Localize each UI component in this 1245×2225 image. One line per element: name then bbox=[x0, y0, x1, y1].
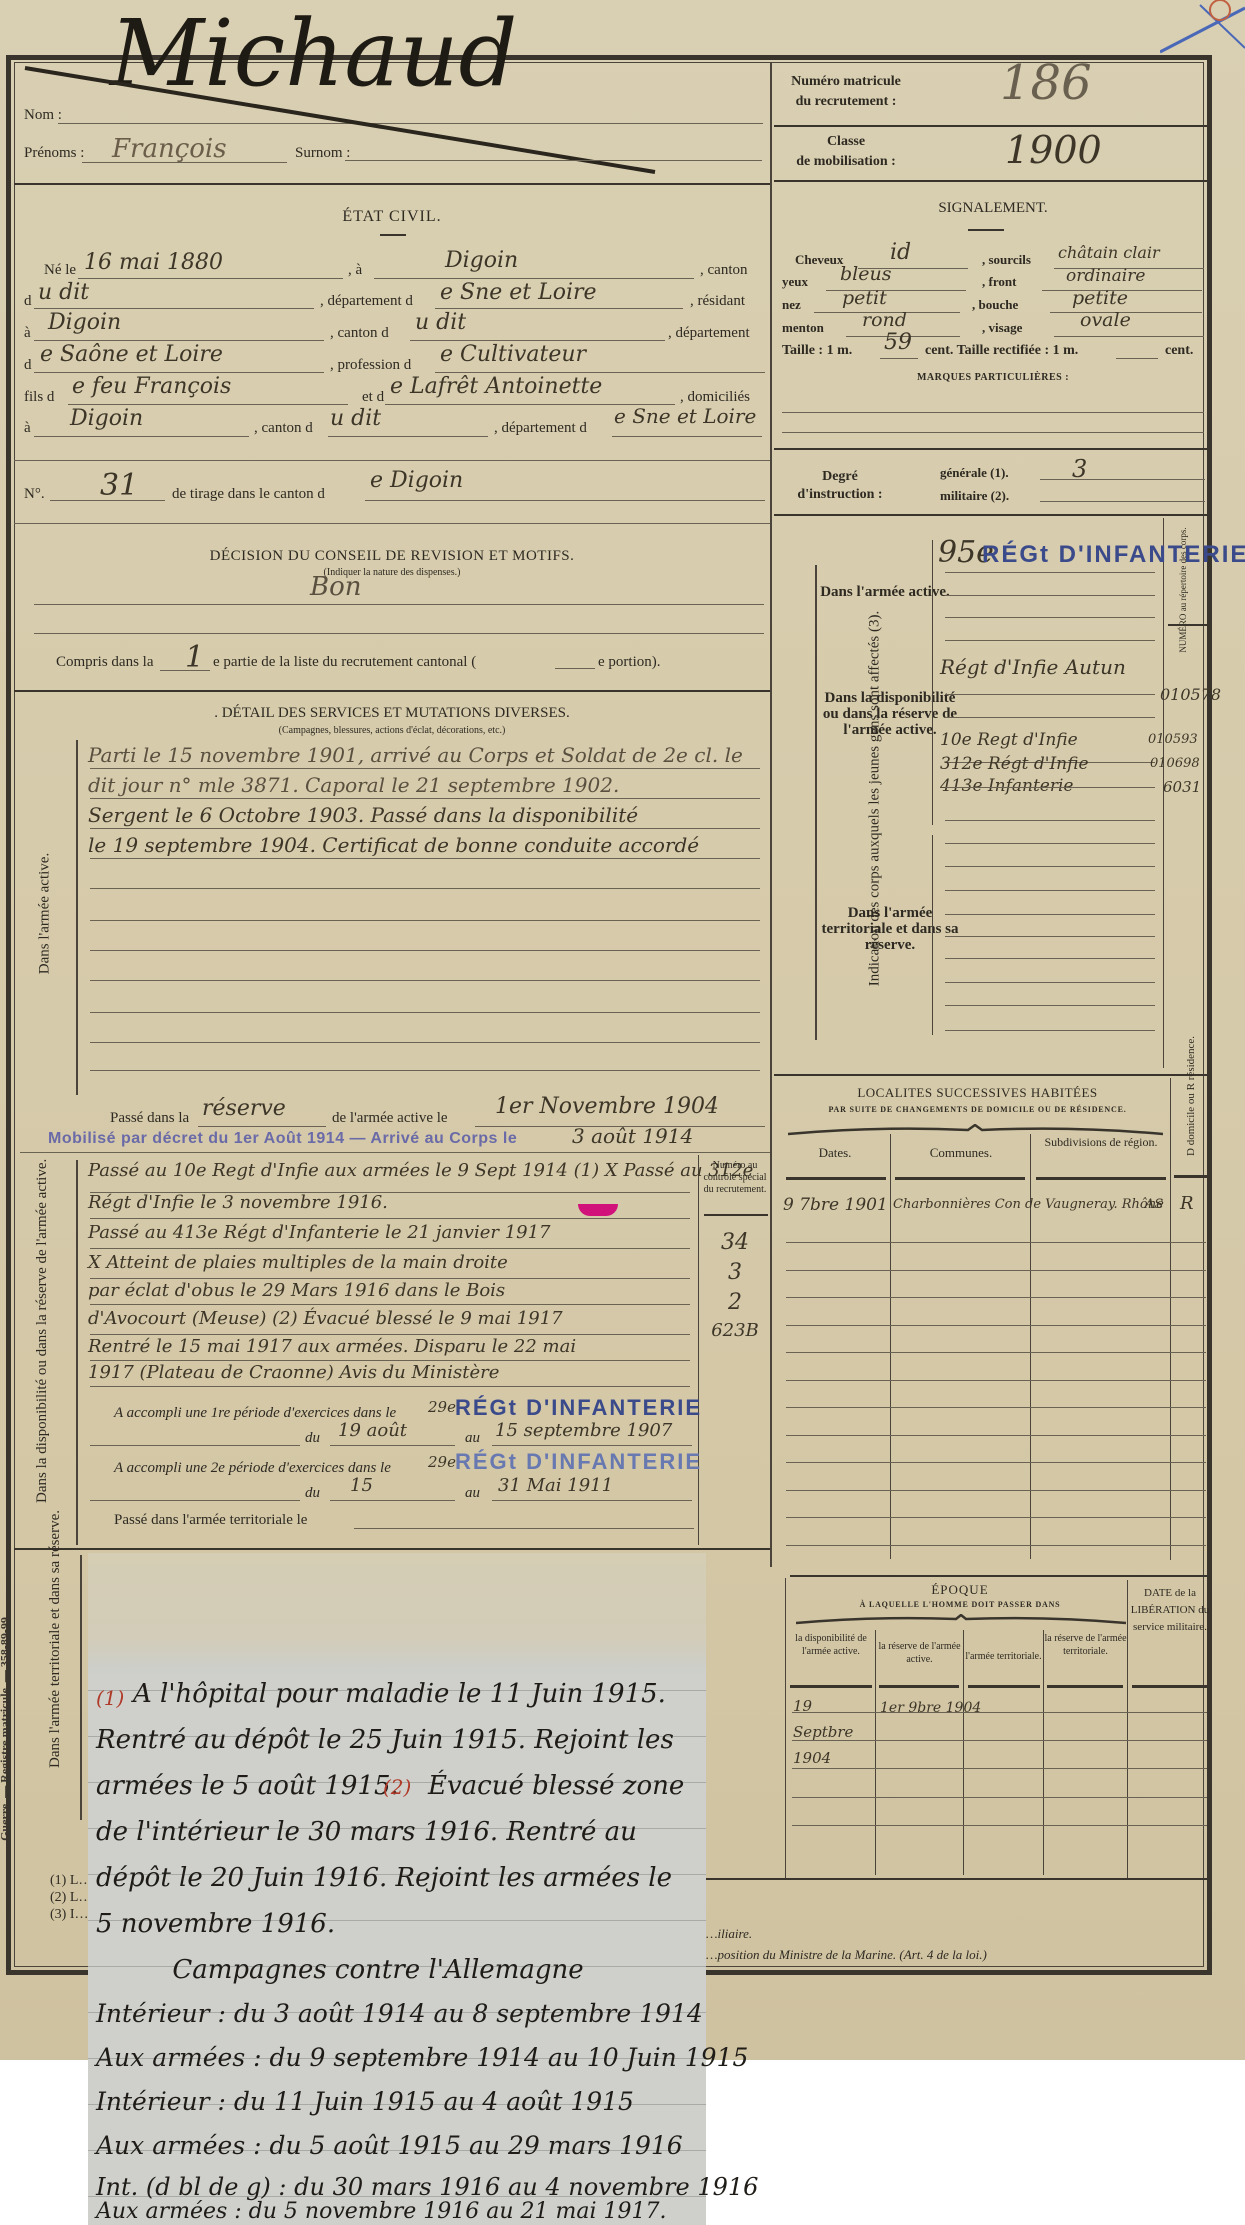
dispo-corps-2: 10e Regt d'Infie bbox=[940, 730, 1078, 750]
periode1-du-label: du bbox=[305, 1430, 320, 1447]
nez-value: petit bbox=[842, 287, 887, 309]
bracket-territoriale bbox=[80, 1555, 82, 1820]
service-line-1: Parti le 15 novembre 1901, arrivé au Cor… bbox=[88, 743, 743, 767]
service-line-4: le 19 septembre 1904. Certificat de bonn… bbox=[88, 833, 699, 857]
canton-value: u dit bbox=[38, 280, 89, 305]
tirage-no-value: 31 bbox=[100, 468, 138, 503]
dispo-numero-4: 6031 bbox=[1163, 778, 1201, 796]
d-label: d bbox=[24, 293, 32, 310]
dom-value: Digoin bbox=[70, 406, 143, 431]
reserve-line-4: X Atteint de plaies multiples de la main… bbox=[88, 1252, 508, 1273]
periode1-du: 19 août bbox=[338, 1420, 407, 1441]
front-label: , front bbox=[982, 274, 1016, 290]
blue-cross-mark-icon bbox=[1160, 0, 1245, 55]
visage-value: ovale bbox=[1080, 309, 1131, 331]
controle-value-3: 2 bbox=[700, 1290, 770, 1315]
visage-label: , visage bbox=[982, 320, 1022, 336]
dom-departement-value: e Sne et Loire bbox=[614, 404, 756, 428]
bracket-active bbox=[76, 740, 78, 1095]
departement2-label: , département bbox=[668, 325, 750, 342]
conseil-subtitle: (Indiquer la nature des dispenses.) bbox=[14, 567, 770, 578]
numero-matricule-label: Numéro matricule du recrutement : bbox=[776, 72, 916, 112]
dispo-corps-3: 312e Régt d'Infie bbox=[940, 754, 1089, 774]
conseil-title: DÉCISION DU CONSEIL DE REVISION ET MOTIF… bbox=[14, 548, 770, 565]
dom-a-label: à bbox=[24, 420, 31, 437]
pere-value: e feu François bbox=[72, 374, 231, 399]
services-title: . DÉTAIL DES SERVICES ET MUTATIONS DIVER… bbox=[14, 705, 770, 722]
militaire-label: militaire (2). bbox=[940, 488, 1009, 504]
localite-commune-1: Charbonnières Con de Vaugneray. Rhône bbox=[893, 1197, 1164, 1212]
corps-active-label: Dans l'armée active. bbox=[820, 583, 950, 601]
periode1-au-label: au bbox=[465, 1430, 480, 1447]
compris-suffix: e partie de la liste du recrutement cant… bbox=[213, 654, 476, 671]
services-active-side-label: Dans l'armée active. bbox=[37, 814, 54, 1014]
epoque-brace-icon bbox=[796, 1614, 1126, 1626]
profession-value: e Cultivateur bbox=[440, 342, 586, 367]
dispo-corps-1: Régt d'Infie Autun bbox=[940, 655, 1126, 679]
sticker-line-3: armées le 5 août 1915. bbox=[96, 1771, 399, 1801]
tirage-label: de tirage dans le canton d bbox=[172, 486, 325, 503]
decision-value: Bon bbox=[310, 572, 362, 602]
controle-value-2: 3 bbox=[700, 1260, 770, 1285]
sticker-line-6: dépôt le 20 Juin 1916. Rejoint les armée… bbox=[96, 1863, 672, 1893]
yeux-value: bleus bbox=[840, 263, 891, 285]
reserve-line-1: Passé au 10e Regt d'Infie aux armées le … bbox=[88, 1160, 753, 1181]
controle-value-1: 34 bbox=[700, 1230, 770, 1255]
footnote-3: (3) I… bbox=[50, 1907, 89, 1922]
signalement-title: SIGNALEMENT. bbox=[774, 200, 1212, 217]
reserve-line-8: 1917 (Plateau de Craonne) Avis du Minist… bbox=[88, 1362, 499, 1383]
compris-label: Compris dans la bbox=[56, 654, 154, 671]
surnom-label: Surnom : bbox=[295, 145, 350, 162]
numero-matricule-value: 186 bbox=[1000, 55, 1092, 111]
sourcils-label: , sourcils bbox=[982, 252, 1031, 268]
periode2-du-label: du bbox=[305, 1485, 320, 1502]
classe-label-line1: Classe bbox=[827, 134, 865, 149]
bracket-territoriale-corps bbox=[932, 835, 933, 1035]
degre-label-line2: d'instruction : bbox=[797, 487, 882, 502]
col-dates: Dates. bbox=[780, 1145, 890, 1161]
mobilisation-stamp: Mobilisé par décret du 1er Août 1914 — A… bbox=[48, 1130, 517, 1148]
periode2-corps: 29e bbox=[428, 1453, 456, 1471]
residant-a-label: à bbox=[24, 325, 31, 342]
canton2-label: , canton d bbox=[330, 325, 389, 342]
reserve-line-6: d'Avocourt (Meuse) (2) Évacué blessé le … bbox=[88, 1308, 563, 1329]
localites-title: LOCALITES SUCCESSIVES HABITÉES bbox=[780, 1085, 1175, 1101]
numero-label-line2: du recrutement : bbox=[796, 94, 897, 109]
sticker-line-4: Évacué blessé zone bbox=[428, 1771, 684, 1801]
sticker-footnote-2: (2) bbox=[383, 1775, 411, 1799]
tirage-no-label: N°. bbox=[24, 486, 45, 503]
active-corps-stamp: RÉGt D'INFANTERIE bbox=[982, 541, 1245, 569]
controle-header: Numéro au contrôle spécial du recrutemen… bbox=[700, 1160, 770, 1196]
campaign-6: Aux armées : du 5 novembre 1916 au 21 ma… bbox=[96, 2199, 667, 2224]
bouche-label: , bouche bbox=[972, 297, 1018, 313]
numero-repertoire-header: NUMÉRO au répertoire des corps. bbox=[1178, 525, 1188, 655]
classe-value: 1900 bbox=[1005, 128, 1102, 172]
epoque-value-reserve: 1er 9bre 1904 bbox=[880, 1700, 981, 1716]
taille-rectifiee-label: cent. Taille rectifiée : 1 m. bbox=[925, 343, 1078, 359]
campaign-3: Intérieur : du 11 Juin 1915 au 4 août 19… bbox=[96, 2087, 634, 2116]
taille-label: Taille : 1 m. bbox=[782, 343, 852, 359]
epoque-col-territoriale: l'armée territoriale. bbox=[964, 1650, 1043, 1663]
passe-reserve-label: Passé dans la bbox=[110, 1110, 189, 1127]
marques-label: MARQUES PARTICULIÈRES : bbox=[774, 372, 1212, 383]
reserve-line-2: Régt d'Infie le 3 novembre 1916. bbox=[88, 1192, 388, 1213]
profession-label: , profession d bbox=[330, 357, 411, 374]
campaigns-title: Campagnes contre l'Allemagne bbox=[158, 1955, 598, 1985]
dispo-numero-3: 010698 bbox=[1150, 756, 1200, 771]
periode2-au: 31 Mai 1911 bbox=[498, 1475, 613, 1496]
front-value: ordinaire bbox=[1066, 266, 1145, 286]
compris-value: 1 bbox=[185, 640, 204, 675]
pink-marker-icon bbox=[578, 1204, 618, 1216]
degre-label-line1: Degré bbox=[822, 469, 858, 484]
col-subdivisions: Subdivisions de région. bbox=[1034, 1135, 1168, 1150]
yeux-label: yeux bbox=[782, 274, 808, 290]
cent-label: cent. bbox=[1165, 343, 1193, 359]
epoque-left-border bbox=[785, 1578, 786, 1878]
epoque-col-reserve-territoriale: la réserve de l'armée territoriale. bbox=[1044, 1632, 1127, 1658]
periode1-corps: 29e bbox=[428, 1398, 456, 1416]
sourcils-value: châtain clair bbox=[1058, 243, 1160, 262]
controle-column-divider bbox=[698, 1155, 699, 1545]
classe-label: Classe de mobilisation : bbox=[776, 132, 916, 172]
sticker-content: (1) A l'hôpital pour maladie le 11 Juin … bbox=[88, 1553, 706, 2225]
bouche-value: petite bbox=[1072, 287, 1128, 309]
menton-value: rond bbox=[862, 309, 907, 331]
mobilisation-date: 3 août 1914 bbox=[572, 1124, 693, 1148]
residant-value: Digoin bbox=[48, 310, 121, 335]
dispo-numero-2: 010593 bbox=[1148, 732, 1198, 747]
epoque-subtitle: À LAQUELLE L'HOMME DOIT PASSER DANS bbox=[790, 1600, 1130, 1609]
sticker-footnote-1: (1) bbox=[96, 1686, 124, 1710]
classe-label-line2: de mobilisation : bbox=[796, 154, 896, 169]
bracket-reserve bbox=[76, 1160, 78, 1545]
fils-label: fils d bbox=[24, 389, 54, 406]
prenoms-value: François bbox=[112, 134, 227, 164]
sticker-line-5: de l'intérieur le 30 mars 1916. Rentré a… bbox=[96, 1817, 637, 1847]
canton2-value: u dit bbox=[415, 310, 466, 335]
dispo-corps-4: 413e Infanterie bbox=[940, 776, 1073, 796]
cheveux-label: Cheveux bbox=[795, 252, 843, 268]
reserve-line-3: Passé au 413e Régt d'Infanterie le 21 ja… bbox=[88, 1222, 551, 1243]
generale-label: générale (1). bbox=[940, 465, 1009, 481]
liberation-header: DATE de la LIBÉRATION du service militai… bbox=[1128, 1585, 1212, 1636]
bracket-corps bbox=[815, 565, 817, 1040]
localite-subdivision-1: AS bbox=[1145, 1197, 1163, 1212]
sticker-line-1: A l'hôpital pour maladie le 11 Juin 1915… bbox=[133, 1679, 666, 1709]
degre-instruction-label: Degré d'instruction : bbox=[780, 468, 900, 504]
et-label: et d bbox=[362, 389, 384, 406]
localites-subtitle: PAR SUITE DE CHANGEMENTS DE DOMICILE OU … bbox=[780, 1105, 1175, 1114]
localite-dr-1: R bbox=[1180, 1193, 1194, 1214]
sticker-line-2: Rentré au dépôt le 25 Juin 1915. Rejoint… bbox=[96, 1725, 674, 1755]
departement-value: e Sne et Loire bbox=[440, 280, 597, 305]
col-communes: Communes. bbox=[892, 1145, 1030, 1161]
dom-departement-label: , département d bbox=[494, 420, 587, 437]
campaign-1: Intérieur : du 3 août 1914 au 8 septembr… bbox=[96, 1999, 703, 2028]
service-line-3: Sergent le 6 Octobre 1903. Passé dans la… bbox=[88, 803, 638, 827]
localites-divider-1 bbox=[890, 1134, 891, 1559]
epoque-col-disponibilite: la disponibilité de l'armée active. bbox=[787, 1632, 875, 1658]
service-line-2: dit jour n° mle 3871. Caporal le 21 sept… bbox=[88, 773, 619, 797]
services-territoriale-side-label: Dans l'armée territoriale et dans sa rés… bbox=[45, 1548, 65, 1768]
epoque-col-reserve-active: la réserve de l'armée active. bbox=[876, 1640, 963, 1666]
birthplace-value: Digoin bbox=[445, 248, 518, 273]
epoque-title: ÉPOQUE bbox=[790, 1582, 1130, 1598]
passe-reserve-mid: de l'armée active le bbox=[332, 1110, 448, 1127]
departement2-value: e Saône et Loire bbox=[40, 342, 223, 367]
campaign-2: Aux armées : du 9 septembre 1914 au 10 J… bbox=[96, 2043, 748, 2072]
corps-territoriale-label: Dans l'armée territoriale et dans sa rés… bbox=[820, 905, 960, 953]
nez-label: nez bbox=[782, 297, 801, 313]
epoque-divider-3 bbox=[1043, 1630, 1044, 1875]
column-divider bbox=[770, 62, 772, 1567]
localites-divider-3 bbox=[1170, 1078, 1171, 1560]
tirage-canton-value: e Digoin bbox=[370, 468, 463, 493]
generale-value: 3 bbox=[1072, 455, 1087, 483]
corps-affectes-side-label: Indication des corps auxquels les jeunes… bbox=[867, 564, 884, 1034]
services-subtitle: (Campagnes, blessures, actions d'éclat, … bbox=[14, 725, 770, 736]
dispo-numero-1: 010578 bbox=[1160, 685, 1221, 704]
etat-civil-title: ÉTAT CIVIL. bbox=[14, 208, 770, 226]
dom-canton-label: , canton d bbox=[254, 420, 313, 437]
ne-le-value: 16 mai 1880 bbox=[84, 250, 223, 275]
epoque-value-disponibilite: 19 Septbre 1904 bbox=[793, 1693, 873, 1771]
residant-label: , résidant bbox=[690, 293, 745, 310]
territoriale-label: Passé dans l'armée territoriale le bbox=[114, 1512, 307, 1529]
campaign-5: Int. (d bl de g) : du 30 mars 1916 au 4 … bbox=[96, 2173, 758, 2201]
services-reserve-side-label: Dans la disponibilité ou dans la réserve… bbox=[32, 1243, 52, 1503]
taille-value: 59 bbox=[884, 330, 912, 355]
prenoms-label: Prénoms : bbox=[24, 145, 84, 162]
dom-canton-value: u dit bbox=[330, 406, 381, 431]
bracket-disponibilite-corps bbox=[932, 665, 933, 825]
sticker-line-7: 5 novembre 1916. bbox=[96, 1909, 335, 1939]
margin-print-label: Guerre. — Registre matricule. — 358-89-9… bbox=[0, 1558, 13, 1898]
periode2-au-label: au bbox=[465, 1485, 480, 1502]
epoque-divider-2 bbox=[963, 1630, 964, 1875]
reserve-line-5: par éclat d'obus le 29 Mars 1916 dans le… bbox=[88, 1280, 505, 1301]
canton-label: , canton bbox=[700, 262, 747, 279]
portion-label: e portion). bbox=[598, 654, 660, 671]
corps-disponibilite-label: Dans la disponibilité ou dans la réserve… bbox=[820, 690, 960, 738]
footnote-4: …iliaire. bbox=[706, 1926, 752, 1942]
reserve-line-7: Rentré le 15 mai 1917 aux armées. Dispar… bbox=[88, 1336, 576, 1357]
footnote-5: …position du Ministre de la Marine. (Art… bbox=[706, 1947, 987, 1963]
periode1-au: 15 septembre 1907 bbox=[495, 1420, 672, 1441]
a-label: , à bbox=[348, 262, 362, 279]
campaign-4: Aux armées : du 5 août 1915 au 29 mars 1… bbox=[96, 2131, 683, 2160]
numero-label-line1: Numéro matricule bbox=[791, 74, 901, 89]
ne-le-label: Né le bbox=[44, 262, 76, 279]
departement-label: , département d bbox=[320, 293, 413, 310]
periode2-stamp: RÉGt D'INFANTERIE bbox=[455, 1449, 702, 1475]
periode1-stamp: RÉGt D'INFANTERIE bbox=[455, 1395, 702, 1421]
periode2-du: 15 bbox=[350, 1475, 373, 1496]
controle-value-4: 623B bbox=[700, 1320, 770, 1341]
localite-date-1: 9 7bre 1901 bbox=[783, 1195, 888, 1215]
col-domicile-residence: D domicile ou R résidence. bbox=[1185, 1056, 1197, 1156]
departement2-d-label: d bbox=[24, 357, 32, 374]
mere-value: e Lafrêt Antoinette bbox=[390, 374, 602, 399]
passe-reserve-value: réserve bbox=[202, 1096, 286, 1121]
passe-reserve-date: 1er Novembre 1904 bbox=[495, 1094, 719, 1119]
menton-label: menton bbox=[782, 320, 824, 336]
epoque-divider-1 bbox=[875, 1630, 876, 1875]
cheveux-value: id bbox=[890, 240, 911, 265]
